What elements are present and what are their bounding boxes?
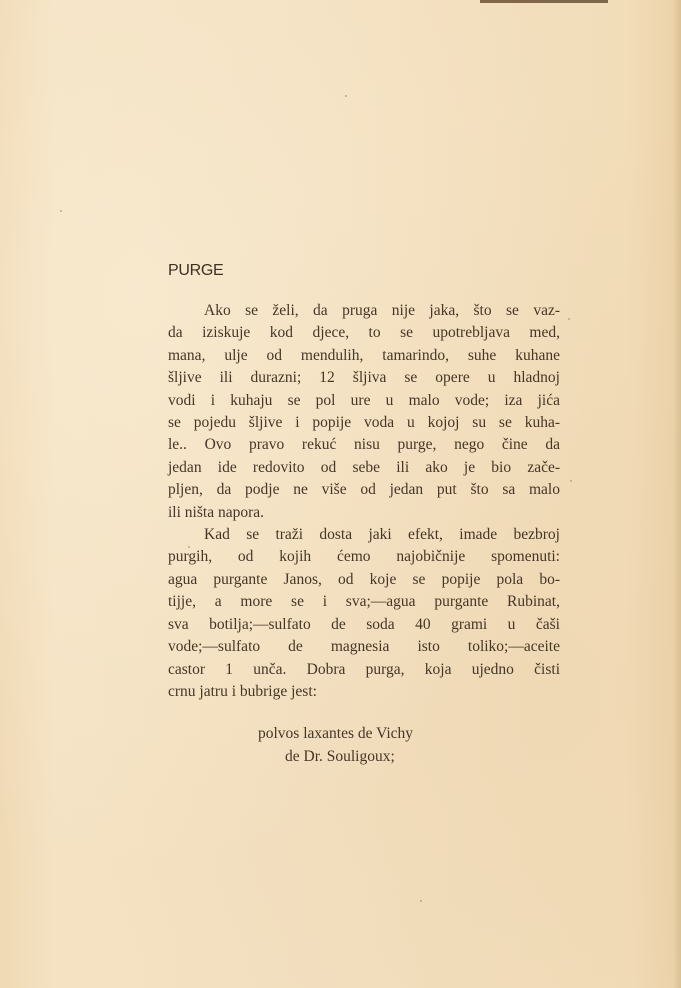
text-line: da iziskuje kod djece, to se upotrebljav… — [168, 322, 560, 344]
text-line: ili ništa napora. — [168, 502, 560, 524]
text-line: se pojedu šljive i popije voda u kojoj s… — [168, 412, 560, 434]
binding-strip — [480, 0, 608, 3]
paper-speck — [420, 900, 422, 902]
text-line: sva botilja;—sulfato de soda 40 grami u … — [168, 614, 560, 636]
text-line: agua purgante Janos, od koje se popije p… — [168, 569, 560, 591]
text-line: vode;—sulfato de magnesia isto toliko;—a… — [168, 636, 560, 658]
section-heading: PURGE — [168, 262, 560, 280]
text-line: mana, ulje od mendulih, tamarindo, suhe … — [168, 345, 560, 367]
text-line: tijje, a more se i sva;—agua purgante Ru… — [168, 591, 560, 613]
paragraph-2: Kad se traži dosta jaki efekt, imade bez… — [168, 524, 560, 703]
paper-speck — [570, 480, 572, 482]
page-content: PURGE Ako se želi, da pruga nije jaka, š… — [168, 262, 560, 768]
text-line: vodi i kuhaju se pol ure u malo vode; iz… — [168, 390, 560, 412]
text-line: šljive ili durazni; 12 šljiva se opere u… — [168, 367, 560, 389]
paper-speck — [60, 210, 62, 212]
remedy-line: de Dr. Souligoux; — [168, 746, 560, 768]
paper-speck — [568, 318, 570, 320]
text-line: pljen, da podje ne više od jedan put što… — [168, 479, 560, 501]
text-line: le.. Ovo pravo rekuć nisu purge, nego či… — [168, 434, 560, 456]
text-line: castor 1 unča. Dobra purga, koja ujedno … — [168, 659, 560, 681]
text-line: jedan ide redovito od sebe ili ako je bi… — [168, 457, 560, 479]
remedy-line: polvos laxantes de Vichy — [168, 723, 560, 745]
paragraph-1: Ako se želi, da pruga nije jaka, što se … — [168, 300, 560, 524]
text-line: Ako se želi, da pruga nije jaka, što se … — [168, 300, 560, 322]
paper-speck — [345, 95, 347, 97]
remedy-block: polvos laxantes de Vichy de Dr. Souligou… — [168, 723, 560, 768]
text-line: Kad se traži dosta jaki efekt, imade bez… — [168, 524, 560, 546]
page-edge-shadow — [673, 0, 681, 988]
text-line: purgih, od kojih ćemo najobičnije spomen… — [168, 546, 560, 568]
text-line: crnu jatru i bubrige jest: — [168, 681, 560, 703]
